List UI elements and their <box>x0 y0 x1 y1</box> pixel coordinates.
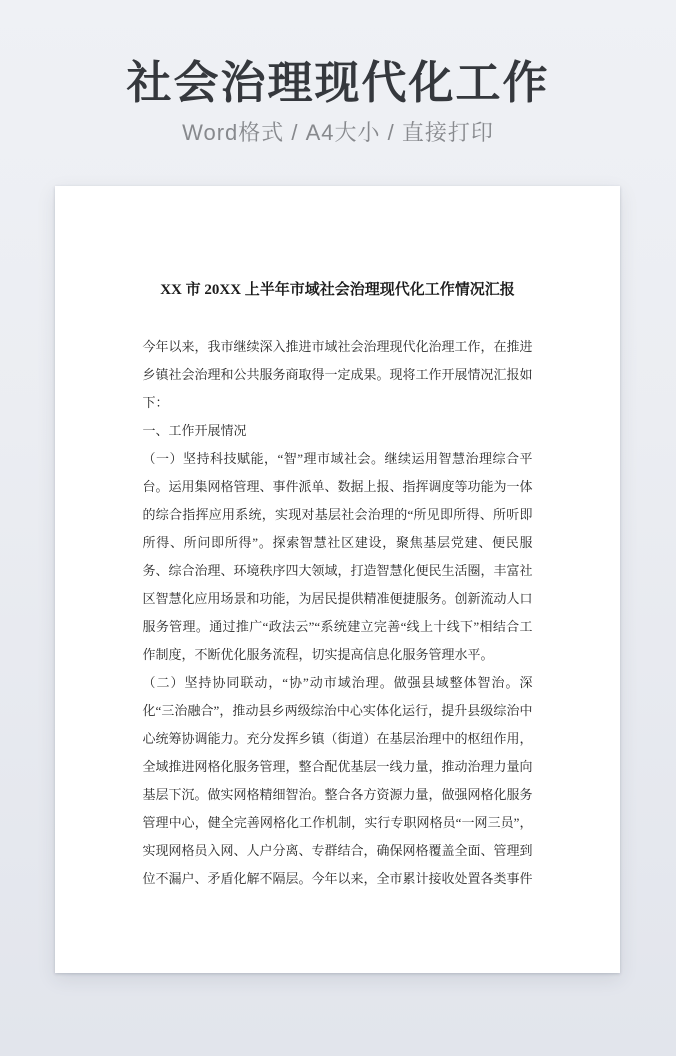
doc-paragraph-point-2: （二）坚持协同联动，“协”动市域治理。做强县域整体智治。深化“三治融合”，推动县… <box>143 669 533 893</box>
doc-heading-section-1: 一、工作开展情况 <box>143 417 533 445</box>
template-subtitle: Word格式 / A4大小 / 直接打印 <box>0 120 676 146</box>
document-body: 今年以来，我市继续深入推进市域社会治理现代化治理工作，在推进乡镇社会治理和公共服… <box>143 333 533 893</box>
template-title: 社会治理现代化工作 <box>0 58 676 108</box>
page-background: 社会治理现代化工作 Word格式 / A4大小 / 直接打印 XX 市 20XX… <box>0 0 676 146</box>
doc-paragraph-intro: 今年以来，我市继续深入推进市域社会治理现代化治理工作，在推进乡镇社会治理和公共服… <box>143 333 533 417</box>
document-title: XX 市 20XX 上半年市域社会治理现代化工作情况汇报 <box>55 186 620 301</box>
doc-paragraph-point-1: （一）坚持科技赋能，“智”理市域社会。继续运用智慧治理综合平台。运用集网格管理、… <box>143 445 533 669</box>
document-page: XX 市 20XX 上半年市域社会治理现代化工作情况汇报 今年以来，我市继续深入… <box>55 186 620 973</box>
template-header: 社会治理现代化工作 Word格式 / A4大小 / 直接打印 <box>0 0 676 146</box>
